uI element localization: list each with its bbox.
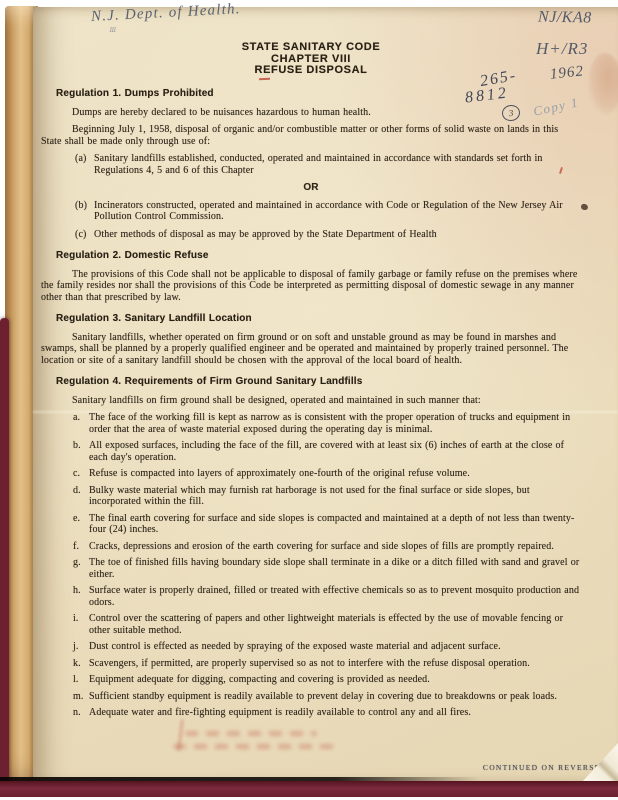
reg4-item: k. Scavengers, if permitted, are properl… [41, 658, 581, 670]
reg1-paragraph-1: Dumps are hereby declared to be nuisance… [41, 107, 581, 119]
corner-stain [588, 53, 618, 115]
item-marker: m. [73, 691, 89, 703]
reg4-item: f. Cracks, depressions and erosion of th… [41, 541, 581, 553]
item-marker: j. [73, 641, 89, 653]
reg4-item: g. The toe of finished fills having boun… [41, 557, 581, 580]
item-text: All exposed surfaces, including the face… [89, 440, 581, 463]
regulation-1-heading: Regulation 1. Dumps Prohibited [56, 88, 581, 100]
item-text: Refuse is compacted into layers of appro… [89, 468, 581, 480]
scanned-page: N.J. Dept. of Health. 111 NJ/KA8 H+/R3 1… [0, 0, 618, 800]
red-underline-mark [259, 78, 270, 81]
item-text: Sanitary landfills established, conducte… [94, 153, 581, 176]
item-text: Incinerators constructed, operated and m… [94, 200, 581, 223]
bottom-binding-bar [0, 781, 618, 797]
item-text: Cracks, depressions and erosion of the e… [89, 541, 581, 553]
item-marker: n. [73, 707, 89, 719]
regulation-3-heading: Regulation 3. Sanitary Landfill Location [56, 313, 581, 325]
item-marker: h. [73, 585, 89, 608]
title-line-3: REFUSE DISPOSAL [41, 65, 581, 77]
item-text: Adequate water and fire-fighting equipme… [89, 707, 581, 719]
item-marker: f. [73, 541, 89, 553]
item-marker: i. [73, 613, 89, 636]
reg4-item: d. Bulky waste material which may furnis… [41, 485, 581, 508]
dark-speck [580, 203, 588, 210]
item-marker: d. [73, 485, 89, 508]
binding-cover-left [0, 318, 9, 788]
reg4-item: h. Surface water is properly drained, fi… [41, 585, 581, 608]
item-marker: k. [73, 658, 89, 670]
item-marker: (a) [75, 153, 94, 176]
reg1-paragraph-2: Beginning July 1, 1958, disposal of orga… [41, 124, 581, 147]
handwritten-dept-note: N.J. Dept. of Health. [91, 1, 241, 26]
item-marker: g. [73, 557, 89, 580]
item-marker: b. [73, 440, 89, 463]
document-title: STATE SANITARY CODE CHAPTER VIII REFUSE … [41, 42, 581, 77]
item-text: Control over the scattering of papers an… [89, 613, 581, 636]
document-body: Regulation 1. Dumps Prohibited Dumps are… [41, 88, 581, 724]
item-text: Sufficient standby equipment is readily … [89, 691, 581, 703]
reg4-item: i. Control over the scattering of papers… [41, 613, 581, 636]
item-text: Bulky waste material which may furnish r… [89, 485, 581, 508]
title-line-1: STATE SANITARY CODE [41, 42, 581, 54]
reg4-item: n. Adequate water and fire-fighting equi… [41, 707, 581, 719]
reg4-item: a. The face of the working fill is kept … [41, 412, 581, 435]
item-text: Surface water is properly drained, fille… [89, 585, 581, 608]
reg4-item: e. The final earth covering for surface … [41, 513, 581, 536]
item-text: The toe of finished fills having boundar… [89, 557, 581, 580]
reg4-intro: Sanitary landfills on firm ground shall … [41, 395, 581, 407]
item-marker: c. [73, 468, 89, 480]
reg4-item: j. Dust control is effected as needed by… [41, 641, 581, 653]
reg2-paragraph: The provisions of this Code shall not be… [41, 269, 581, 304]
reg1-item-c: (c) Other methods of disposal as may be … [41, 229, 581, 241]
item-text: The final earth covering for surface and… [89, 513, 581, 536]
item-text: Other methods of disposal as may be appr… [94, 229, 581, 241]
reg4-item: b. All exposed surfaces, including the f… [41, 440, 581, 463]
regulation-2-heading: Regulation 2. Domestic Refuse [56, 250, 581, 262]
or-separator: OR [41, 182, 581, 194]
item-marker: a. [73, 412, 89, 435]
ink-bleedthrough [185, 731, 317, 736]
item-marker: (b) [75, 200, 94, 223]
regulation-4-heading: Regulation 4. Requirements of Firm Groun… [56, 376, 581, 388]
item-text: Scavengers, if permitted, are properly s… [89, 658, 581, 670]
item-text: Equipment adequate for digging, compacti… [89, 674, 581, 686]
paper-sheet: N.J. Dept. of Health. 111 NJ/KA8 H+/R3 1… [33, 7, 618, 783]
handwritten-tick-mark: 111 [109, 26, 115, 34]
handwritten-call-number-1: NJ/KA8 [538, 9, 592, 28]
reg4-item: l. Equipment adequate for digging, compa… [41, 674, 581, 686]
reg4-item: c. Refuse is compacted into layers of ap… [41, 468, 581, 480]
reg4-item: m. Sufficient standby equipment is readi… [41, 691, 581, 703]
item-text: The face of the working fill is kept as … [89, 412, 581, 435]
item-marker: l. [73, 674, 89, 686]
item-marker: e. [73, 513, 89, 536]
reg3-paragraph: Sanitary landfills, whether operated on … [41, 332, 581, 367]
ink-bleedthrough [173, 744, 335, 749]
reg1-item-b: (b) Incinerators constructed, operated a… [41, 200, 581, 223]
item-text: Dust control is effected as needed by sp… [89, 641, 581, 653]
reg1-item-a: (a) Sanitary landfills established, cond… [41, 153, 581, 176]
item-marker: (c) [75, 229, 94, 241]
